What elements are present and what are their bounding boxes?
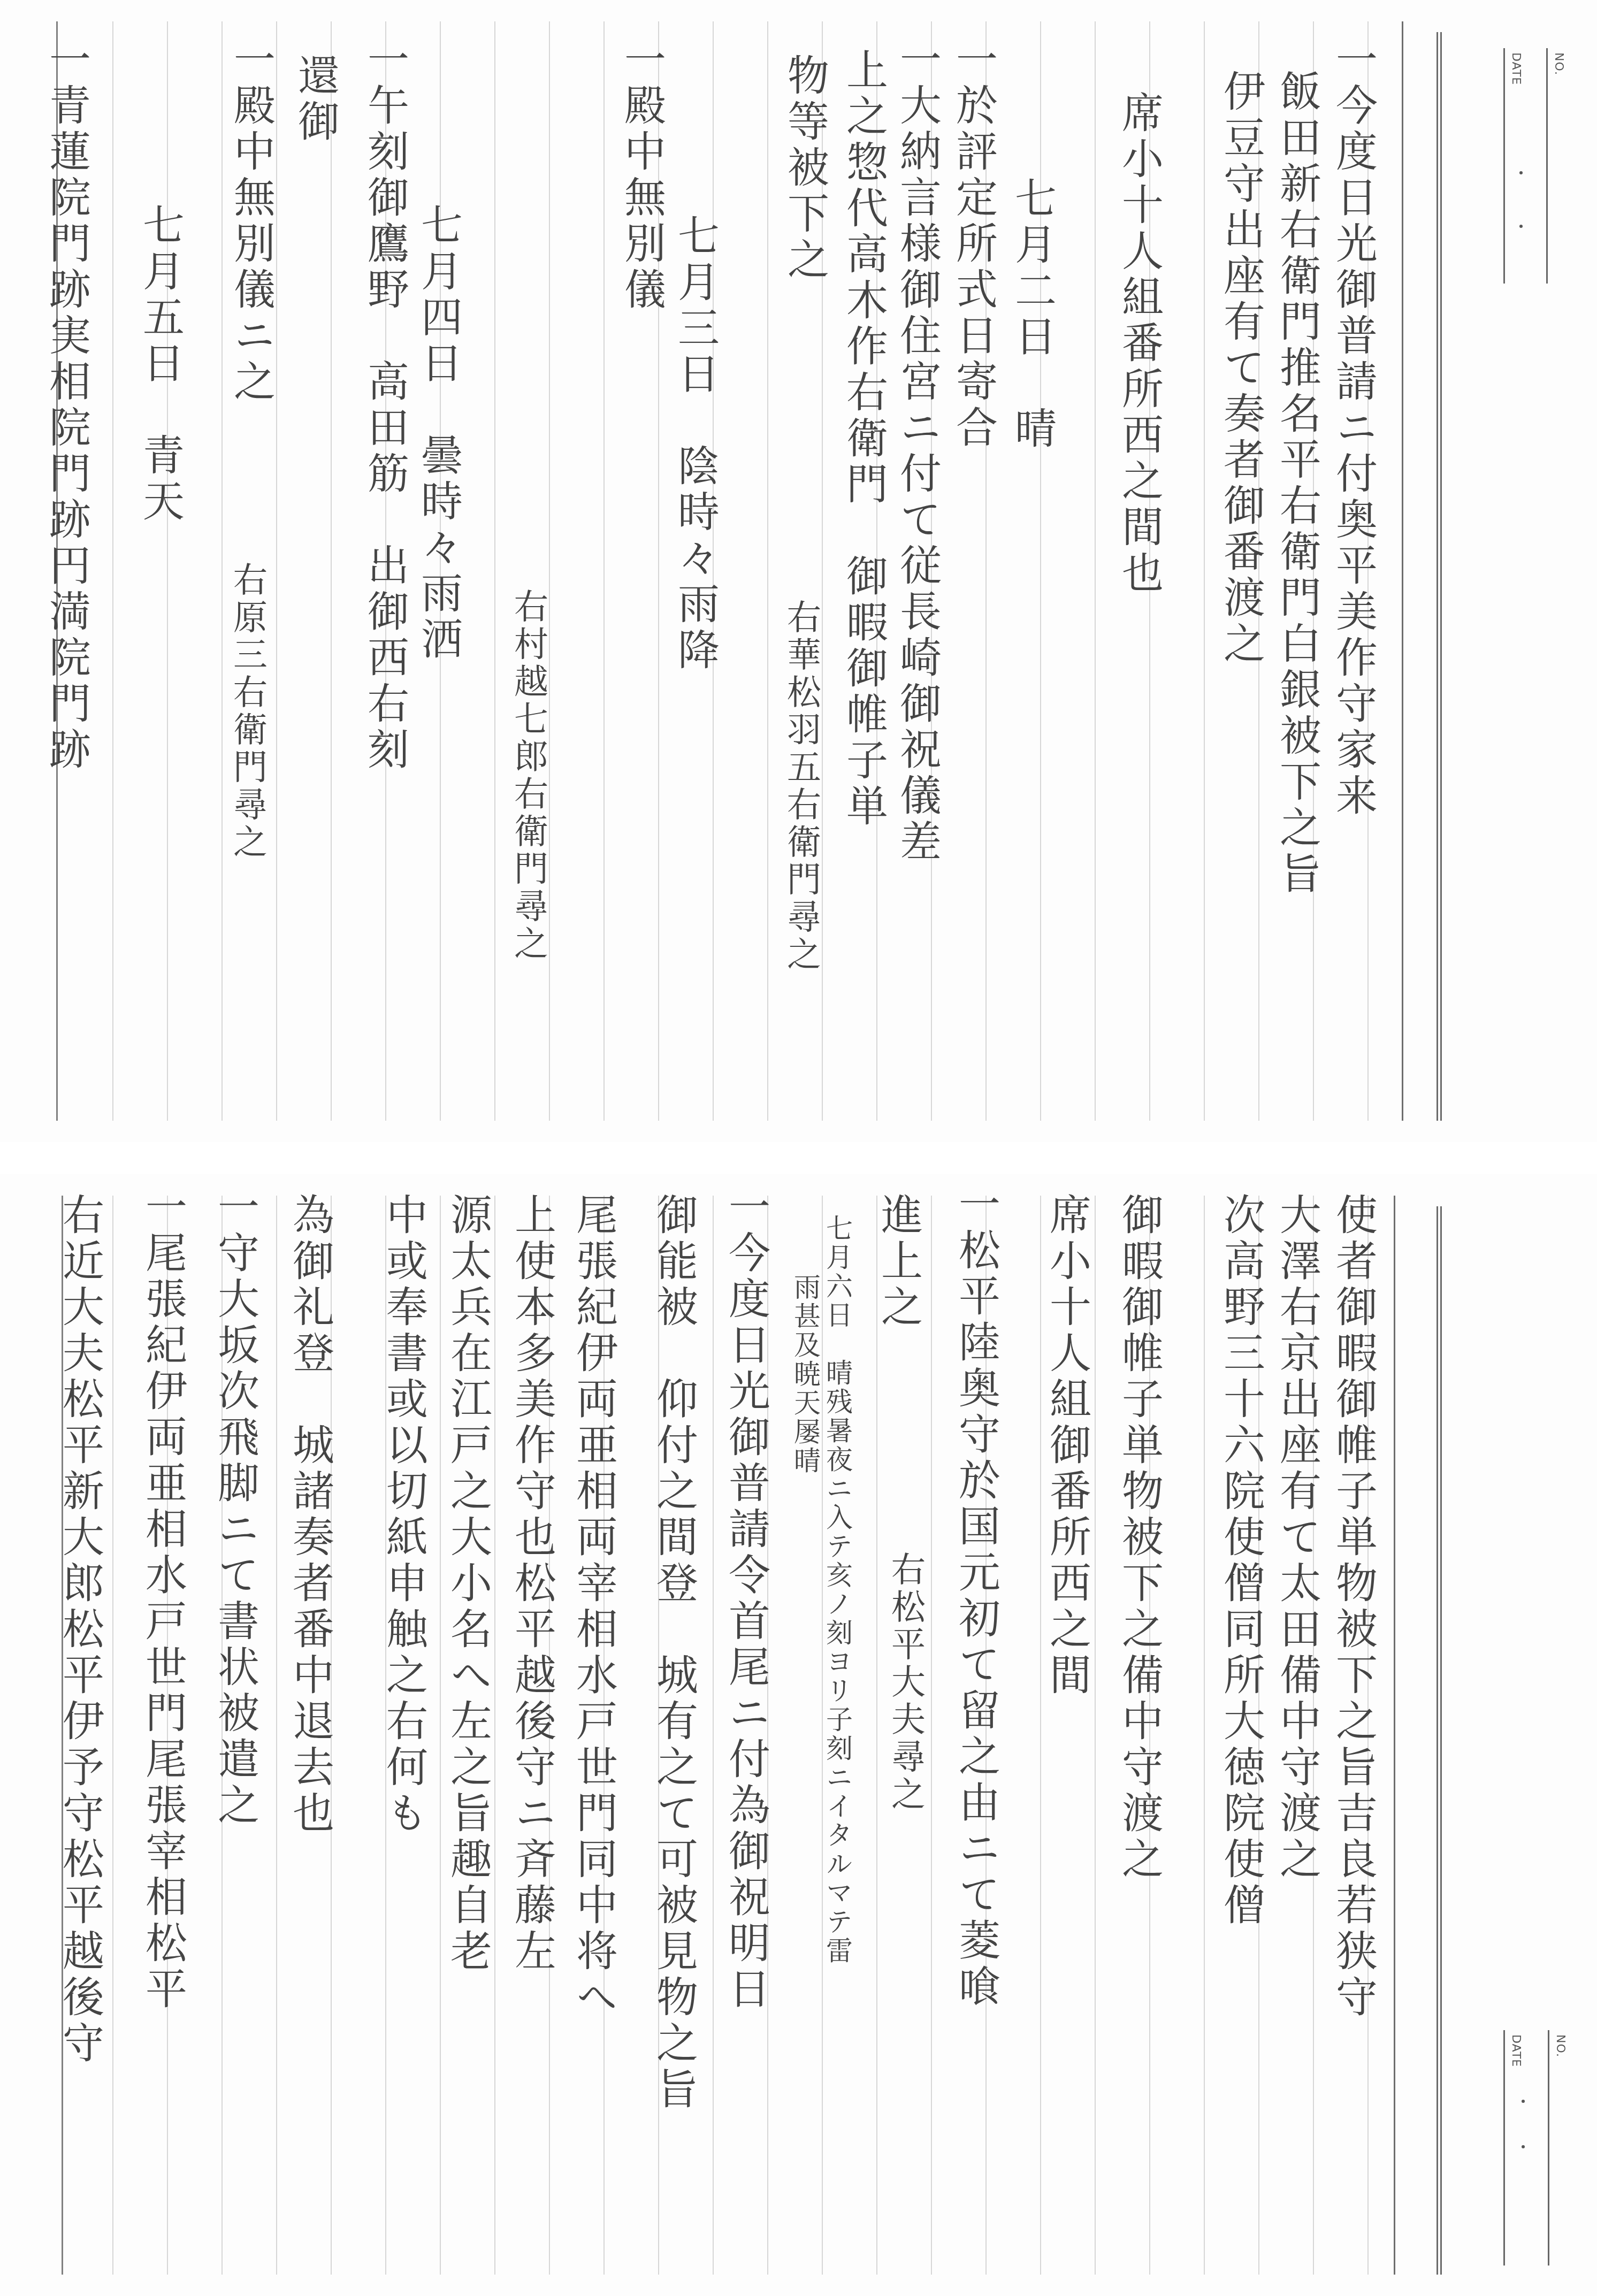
text-column: 一松平陸奥守於国元初て留之由ニて菱喰	[955, 1182, 997, 2010]
text-column: 尾張紀伊両亜相両宰相水戸世門同中将へ	[572, 1193, 614, 2021]
number-label: NO.	[1552, 52, 1565, 75]
ruled-line	[112, 21, 113, 1121]
ruled-line	[713, 1196, 714, 2275]
page-meta-fields: DATE NO.	[1503, 48, 1578, 284]
text-column: 右松平大夫尋之	[888, 1551, 922, 1813]
text-column: 源太兵在江戸之大小名へ左之旨趣自老	[447, 1193, 488, 1975]
double-margin-line	[1436, 1206, 1442, 2275]
text-column: 雨甚及暁天屡晴	[792, 1273, 819, 1475]
text-column: 飯田新右衛門推名平右衛門白銀被下之旨	[1276, 70, 1318, 898]
ruled-line	[221, 21, 223, 1121]
notebook-page-bottom: DATE NO. 使者御暇御帷子単物被下之旨吉良若狭守大澤右京出座有て太田備中守…	[0, 1174, 1597, 2296]
number-field: NO.	[1546, 48, 1569, 284]
text-margin-line	[1394, 1196, 1395, 2275]
ruled-line	[767, 21, 768, 1121]
text-column: 使者御暇御帷子単物被下之旨吉良若狭守	[1332, 1193, 1374, 2021]
ruled-line	[1095, 21, 1096, 1121]
text-column: 右村越七郎右衛門尋之	[511, 588, 545, 963]
ruled-line	[440, 1196, 441, 2275]
ruled-line	[1095, 1196, 1096, 2275]
text-column: 右華松羽五右衛門尋之	[784, 599, 818, 974]
ruled-line	[331, 21, 332, 1121]
text-column: 御暇御帷子単物被下之備中守渡之	[1118, 1193, 1160, 1883]
ruled-line	[167, 21, 168, 1121]
text-column: 次高野三十六院使僧同所大徳院使僧	[1220, 1193, 1262, 1929]
ruled-line	[494, 21, 495, 1121]
text-column: 席小十人組番所西之間也	[1118, 91, 1160, 597]
text-column: 一今度日光御普請令首尾ニ付為御祝明日	[725, 1185, 767, 2013]
text-column: 物等被下之	[784, 53, 826, 284]
number-label: NO.	[1554, 2034, 1567, 2057]
ruled-line	[494, 1196, 495, 2275]
double-margin-line	[1436, 32, 1442, 1121]
date-dot	[1519, 171, 1523, 174]
text-column: 七月六日 晴残暑夜ニ入テ亥ノ刻ヨリ子刻ニイタルマテ雷	[824, 1214, 851, 1965]
ruled-line	[1040, 1196, 1041, 2275]
text-column: 還御	[294, 53, 336, 146]
text-column: 一大納言様御住宮ニ付て従長崎御祝儀差	[896, 37, 938, 866]
ruled-line	[276, 1196, 277, 2275]
text-column: 進上之	[877, 1193, 919, 1331]
text-column: 伊豆守出座有て奏者御番渡之	[1220, 70, 1262, 668]
text-column: 一殿中無別儀	[621, 37, 662, 313]
date-label: DATE	[1509, 2034, 1523, 2067]
text-column: 一尾張紀伊両亜相水戸世門尾張宰相松平	[142, 1185, 184, 2013]
ruled-line	[549, 21, 550, 1121]
date-dot	[1522, 2145, 1525, 2148]
text-column: 一於評定所式日寄合	[952, 37, 994, 451]
text-column: 七月五日 青天	[139, 203, 181, 525]
text-column: 一今度日光御普請ニ付奥平美作守家来	[1332, 37, 1374, 820]
text-column: 七月二日 晴	[1011, 177, 1053, 453]
text-column: 一青蓮院門跡実相院門跡円満院門跡	[45, 37, 87, 774]
text-column: 七月四日 曇時々雨洒	[417, 203, 459, 663]
text-column: 一守大坂次飛脚ニて書状被遣之	[214, 1185, 256, 1829]
page-meta-fields: DATE NO.	[1471, 2030, 1546, 2266]
ruled-line	[112, 1196, 113, 2275]
text-column: 中或奉書或以切紙申触之右何も	[383, 1193, 424, 1837]
ruled-line	[1204, 21, 1205, 1121]
text-column: 右近大夫松平新大郎松平伊予守松平越後守	[59, 1193, 101, 2067]
text-column: 七月三日 陰時々雨降	[674, 214, 716, 674]
number-field: NO.	[1548, 2030, 1571, 2266]
text-column: 右原三右衛門尋之	[230, 562, 264, 861]
ruled-line	[603, 21, 605, 1121]
notebook-page-top: DATE NO. 一今度日光御普請ニ付奥平美作守家来飯田新右衛門推名平右衛門白銀…	[0, 0, 1597, 1142]
text-column: 上使本多美作守也松平越後守ニ斉藤左	[511, 1193, 553, 1975]
ruled-line	[931, 1196, 932, 2275]
date-dot	[1519, 225, 1523, 228]
text-column: 上之惣代高木作右衛門 御暇御帷子単	[843, 48, 884, 830]
ruled-line	[1204, 1196, 1205, 2275]
ruled-line	[876, 1196, 877, 2275]
text-column: 御能被 仰付之間登 城有之て可被見物之旨	[653, 1193, 694, 2113]
date-label: DATE	[1509, 52, 1523, 85]
date-field: DATE	[1503, 48, 1526, 284]
ruled-line	[276, 21, 277, 1121]
text-column: 一午刻御鷹野 高田筋 出御西右刻	[364, 37, 406, 774]
text-column: 席小十人組御番所西之間	[1046, 1193, 1088, 1699]
text-margin-line	[1402, 21, 1403, 1121]
text-column: 為御礼登 城諸奏者番中退去也	[289, 1193, 331, 1837]
text-column: 大澤右京出座有て太田備中守渡之	[1276, 1193, 1318, 1883]
text-column: 一殿中無別儀ニ之	[230, 37, 272, 405]
date-dot	[1522, 2100, 1525, 2103]
